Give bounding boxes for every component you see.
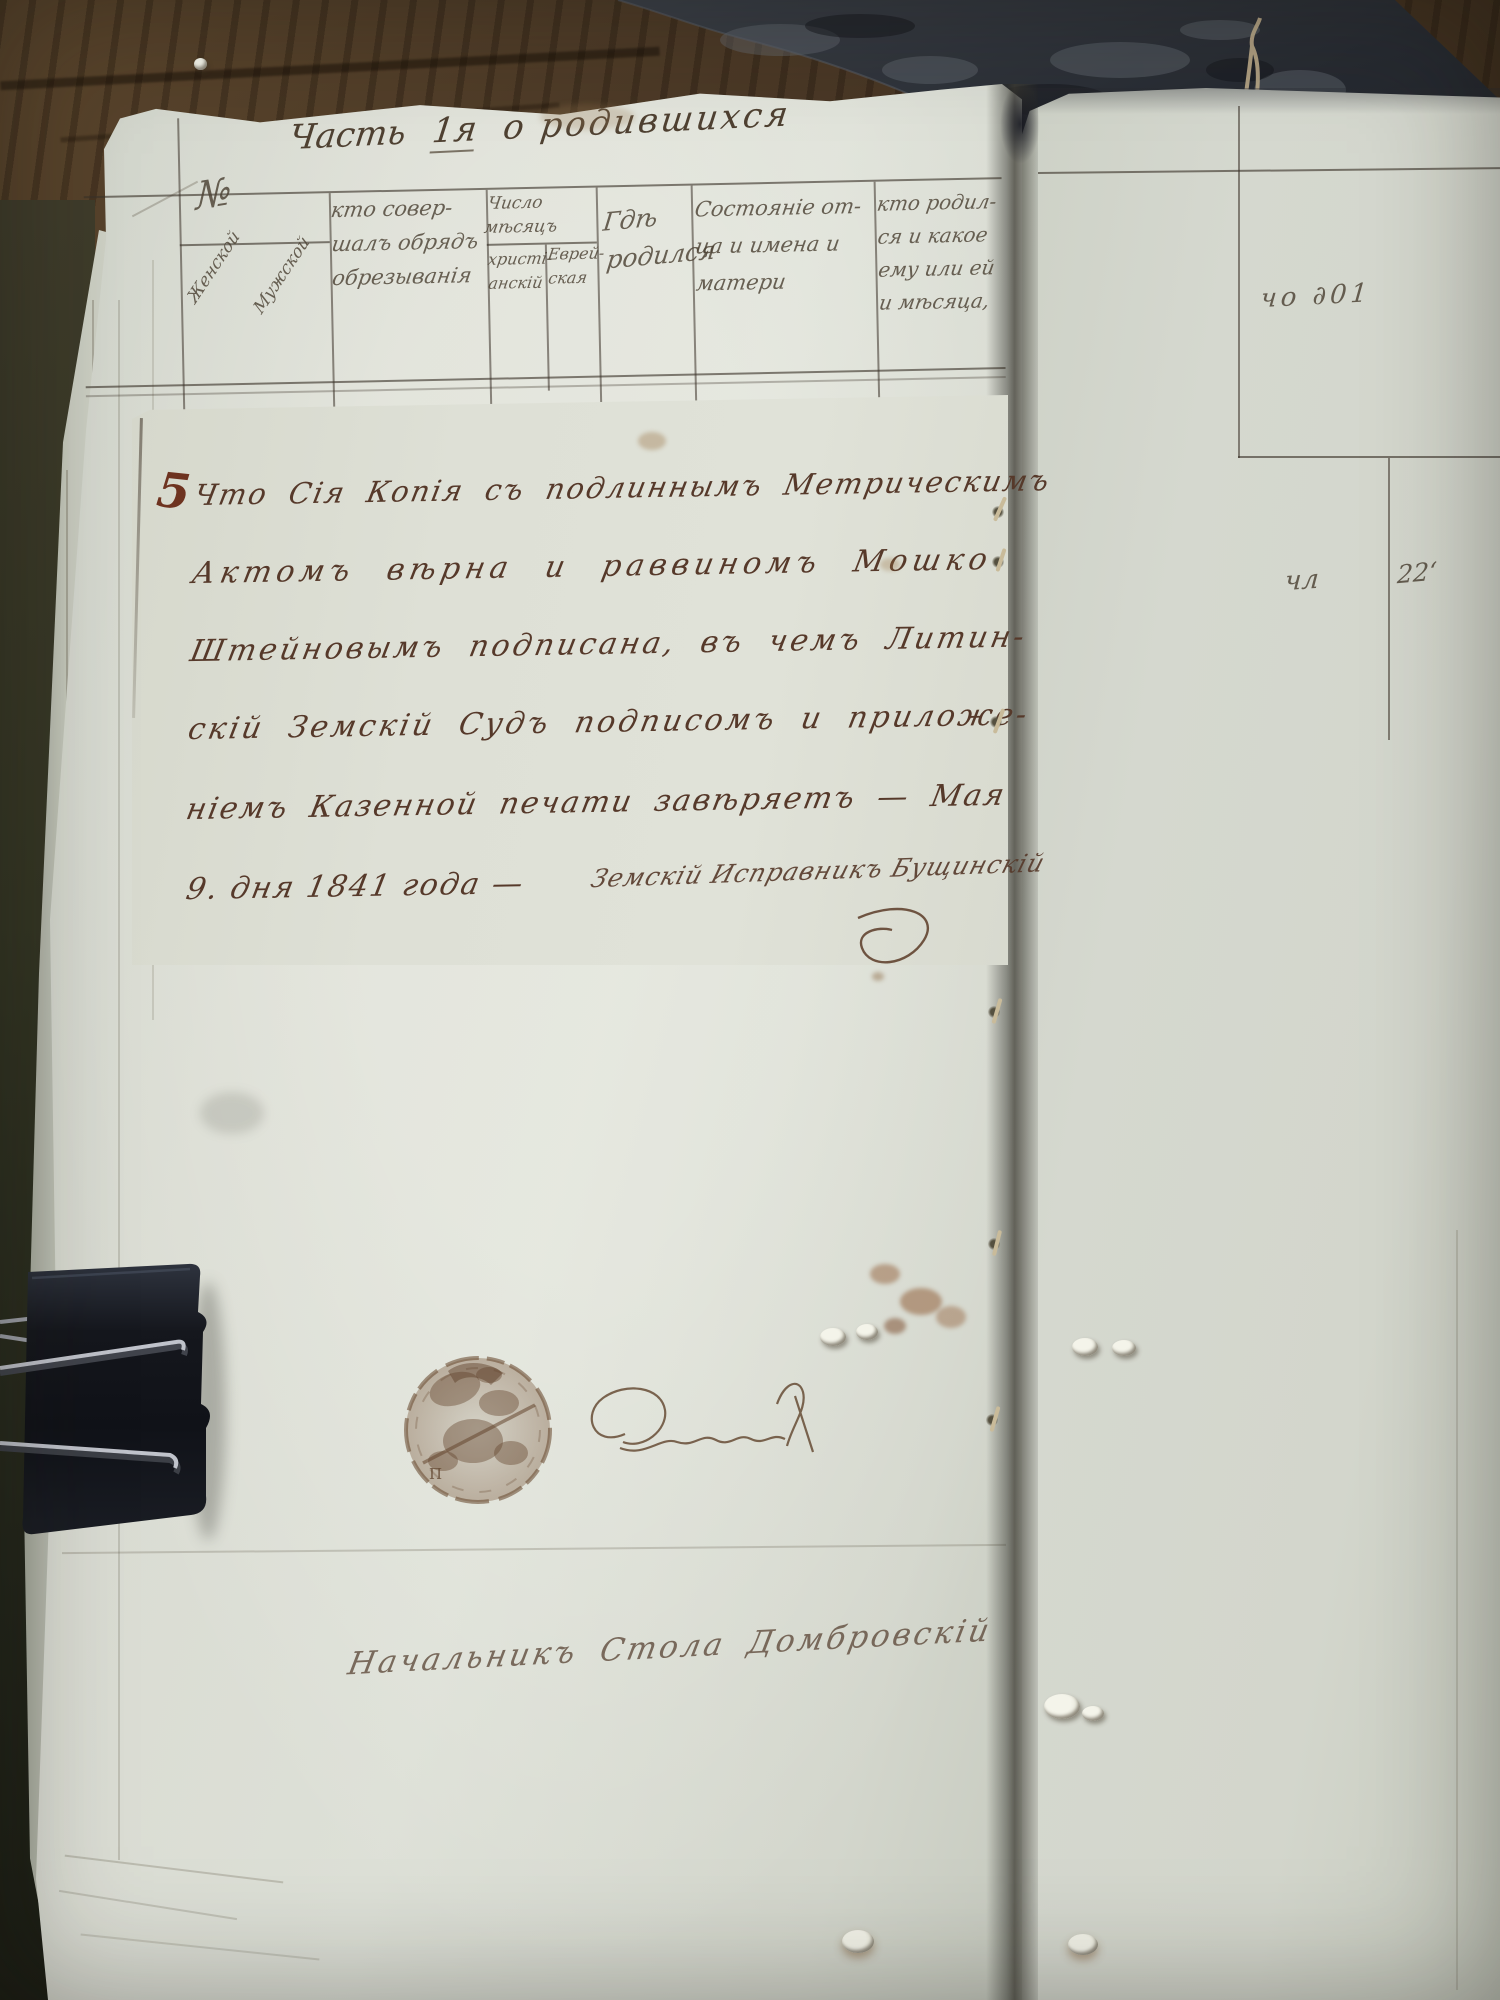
column-header-line: кто совер-	[328, 190, 480, 227]
column-header-line: анскій	[487, 270, 555, 295]
worm-hole	[842, 1930, 874, 1953]
certificate-paragraph-mark: 5	[154, 462, 193, 521]
column-header-child: кто родил- ся и какое ему или ей и мѣсяц…	[880, 185, 1002, 319]
column-header-line: ца и имена и	[693, 225, 865, 266]
column-header-date: Число мѣсяцъ	[482, 190, 597, 240]
column-header-line: Состояніе от-	[692, 188, 864, 229]
worm-hole	[1068, 1934, 1098, 1955]
column-header-line: христі-	[486, 246, 554, 271]
column-header-line: и мѣсяца,	[877, 284, 1001, 320]
right-page-rule-v2	[1388, 458, 1390, 740]
round-ink-seal: П	[393, 1345, 563, 1515]
smudge	[540, 104, 635, 130]
ink-stain	[900, 1288, 942, 1315]
column-header-number: №	[195, 168, 233, 219]
column-subheader-jewish: Еврей- ская	[550, 241, 607, 290]
certificate-date: 9. дня 1841 года —	[183, 866, 528, 907]
page-title: Часть 1я о родившихся	[287, 94, 793, 158]
worm-hole	[856, 1324, 878, 1340]
ink-stain	[872, 972, 884, 981]
binder-clip	[0, 1256, 220, 1556]
signature-flourish	[840, 896, 970, 986]
column-header-line: шалъ обрядъ	[329, 224, 481, 261]
photo-stage: чо ∂01 чл 22‘ Часть 1я о родившихся № Же…	[0, 0, 1500, 2000]
clip-body	[22, 1264, 210, 1534]
column-subheader-male: Мужской	[250, 232, 314, 318]
worm-hole	[1112, 1340, 1136, 1356]
ink-stain	[870, 1264, 900, 1284]
column-header-parents: Состояніе от- ца и имена и матери	[698, 188, 867, 302]
column-header-line: ская	[547, 265, 607, 290]
worm-hole	[1082, 1706, 1104, 1721]
ink-stain	[638, 432, 666, 450]
main-page-crease	[118, 300, 120, 1860]
column-header-line: матери	[694, 262, 866, 303]
right-page-mark: чл	[1284, 564, 1320, 598]
table-rule-bottom2	[86, 376, 1006, 397]
right-page-fold	[1456, 1230, 1458, 1990]
right-page-mark: 22‘	[1396, 557, 1437, 590]
page-title-number: 1я	[430, 109, 480, 153]
column-header-line: кто родил-	[875, 185, 999, 221]
seal-letter: П	[429, 1465, 442, 1483]
column-header-officiant: кто совер- шалъ обрядъ обрезыванія	[334, 190, 483, 295]
ink-stain	[880, 558, 900, 571]
ink-stain	[884, 1318, 906, 1334]
secretary-signature	[565, 1362, 825, 1492]
column-header-line: ся и какое	[875, 218, 999, 254]
column-subheader-christian: христі- анскій	[490, 246, 555, 295]
column-subheader-female: Женской	[184, 227, 244, 308]
column-header-line: обрезыванія	[330, 258, 482, 295]
page-title-part1: Часть	[287, 112, 408, 158]
worm-hole	[1044, 1694, 1080, 1719]
smudge	[200, 1092, 264, 1134]
column-header-line: ему или ей	[876, 251, 1000, 287]
ink-stain	[936, 1306, 966, 1328]
worm-hole	[1072, 1338, 1098, 1356]
table-rule-v-left	[177, 118, 185, 428]
column-header-line: Еврей-	[546, 241, 606, 266]
worm-hole	[820, 1328, 846, 1346]
